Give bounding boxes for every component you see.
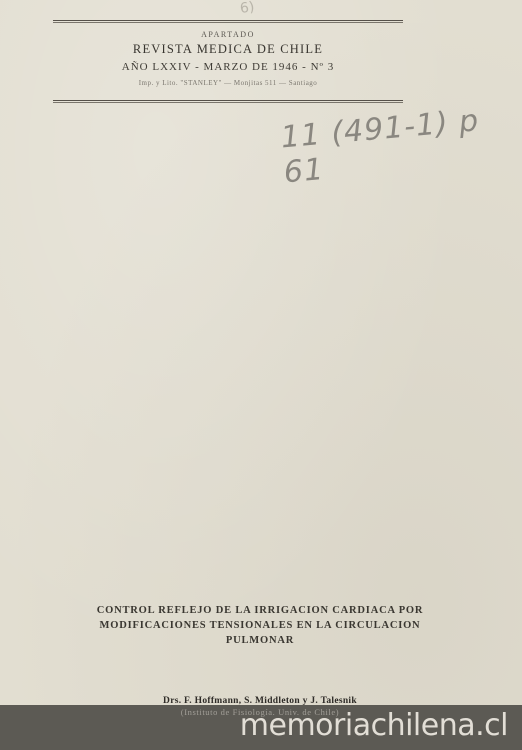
title-line: CONTROL REFLEJO DE LA IRRIGACION CARDIAC… [60,603,460,618]
title-line: MODIFICACIONES TENSIONALES EN LA CIRCULA… [60,618,460,633]
bottom-rule [53,100,403,103]
document-page: 6) APARTADO REVISTA MEDICA DE CHILE AÑO … [0,0,522,750]
printer-info: Imp. y Lito. "STANLEY" — Monjitas 511 — … [53,79,403,87]
journal-name: REVISTA MEDICA DE CHILE [53,42,403,57]
faint-pencil-mark: 6) [239,0,255,17]
masthead: APARTADO REVISTA MEDICA DE CHILE AÑO LXX… [53,30,403,87]
issue-info: AÑO LXXIV - MARZO DE 1946 - Nº 3 [53,61,403,73]
offprint-label: APARTADO [53,30,403,39]
handwritten-catalog-number: 11 (491-1) p 61 [279,100,522,191]
watermark-logo: memoriachilena.cl [240,708,508,743]
article-title: CONTROL REFLEJO DE LA IRRIGACION CARDIAC… [60,603,460,648]
title-line: PULMONAR [60,633,460,648]
top-rule [53,20,403,23]
